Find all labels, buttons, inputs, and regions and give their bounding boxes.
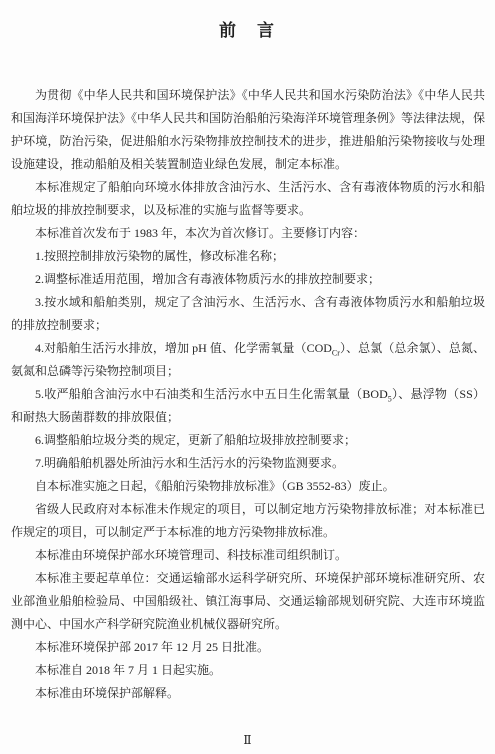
revision-item-5: 5.收严船舶含油污水中石油类和生活污水中五日生化需氧量（BOD5）、悬浮物（SS… [11, 383, 485, 429]
paragraph-local-standards: 省级人民政府对本标准未作规定的项目，可以制定地方污染物排放标准；对本标准已作规定… [11, 498, 485, 544]
revision-item-1: 1.按照控制排放污染物的属性，修改标准名称； [11, 245, 485, 268]
document-body: 为贯彻《中华人民共和国环境保护法》《中华人民共和国水污染防治法》《中华人民共和国… [0, 41, 495, 705]
revision-item-4-text: 4.对船舶生活污水排放，增加 pH 值、化学需氧量（COD [35, 341, 332, 355]
paragraph-scope: 本标准规定了船舶向环境水体排放含油污水、生活污水、含有毒液体物质的污水和船舶垃圾… [11, 176, 485, 222]
paragraph-effective-date: 本标准自 2018 年 7 月 1 日起实施。 [11, 659, 485, 682]
paragraph-organizers: 本标准由环境保护部水环境管理司、科技标准司组织制订。 [11, 544, 485, 567]
revision-item-3: 3.按水域和船舶类别，规定了含油污水、生活污水、含有毒液体物质污水和船舶垃圾的排… [11, 291, 485, 337]
subscript-cr: Cr [332, 348, 340, 357]
paragraph-purpose: 为贯彻《中华人民共和国环境保护法》《中华人民共和国水污染防治法》《中华人民共和国… [11, 84, 485, 176]
revision-item-4: 4.对船舶生活污水排放，增加 pH 值、化学需氧量（CODCr）、总氯（总余氯）… [11, 337, 485, 383]
revision-item-5-text: 5.收严船舶含油污水中石油类和生活污水中五日生化需氧量（BOD [35, 387, 388, 401]
page-number: Ⅱ [0, 733, 495, 747]
page-title: 前 言 [0, 0, 495, 41]
paragraph-interpretation: 本标准由环境保护部解释。 [11, 682, 485, 705]
revision-item-6: 6.调整船舶垃圾分类的规定，更新了船舶垃圾排放控制要求； [11, 429, 485, 452]
paragraph-revision-intro: 本标准首次发布于 1983 年，本次为首次修订。主要修订内容： [11, 222, 485, 245]
revision-item-2: 2.调整标准适用范围，增加含有毒液体物质污水的排放控制要求； [11, 268, 485, 291]
paragraph-approval-date: 本标准环境保护部 2017 年 12 月 25 日批准。 [11, 636, 485, 659]
paragraph-drafting-units: 本标准主要起草单位：交通运输部水运科学研究所、环境保护部环境标准研究所、农业部渔… [11, 567, 485, 636]
document-page: 前 言 为贯彻《中华人民共和国环境保护法》《中华人民共和国水污染防治法》《中华人… [0, 0, 495, 754]
revision-item-7: 7.明确船舶机器处所油污水和生活污水的污染物监测要求。 [11, 452, 485, 475]
paragraph-repeal: 自本标准实施之日起，《船舶污染物排放标准》（GB 3552-83）废止。 [11, 475, 485, 498]
